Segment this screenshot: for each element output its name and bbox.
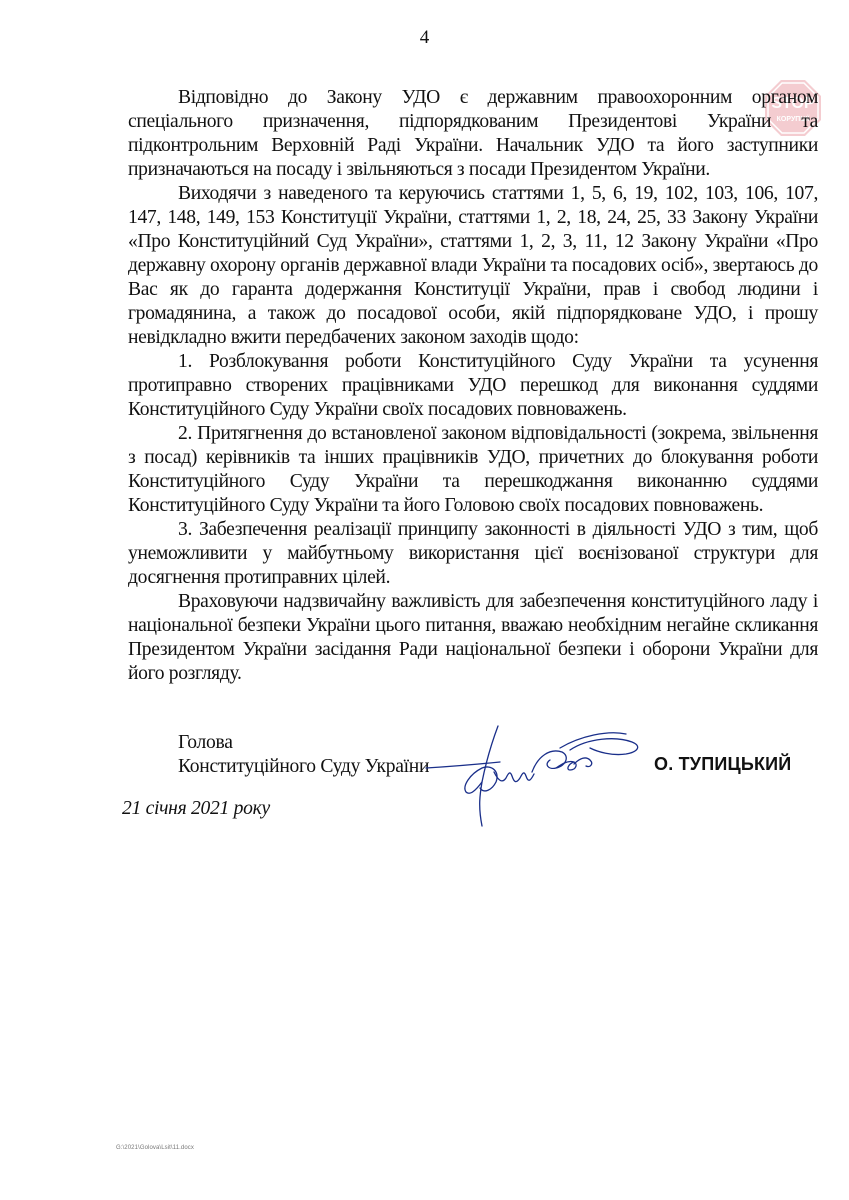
signatory-title: Голова Конституційного Суду України [178,731,429,779]
paragraph-request: Виходячи з наведеного та керуючись статт… [128,182,818,350]
request-item-2: 2. Притягнення до встановленої законом в… [128,422,818,518]
paragraph-conclusion: Враховуючи надзвичайну важливість для за… [128,590,818,686]
paragraph-udo-status: Відповідно до Закону УДО є державним пра… [128,86,818,182]
document-date: 21 січня 2021 року [122,797,270,821]
handwritten-signature-icon [420,722,660,832]
request-item-3: 3. Забезпечення реалізації принципу зако… [128,518,818,590]
signatory-name: О. ТУПИЦЬКИЙ [654,752,791,776]
signatory-title-line2: Конституційного Суду України [178,755,429,779]
letter-body: Відповідно до Закону УДО є державним пра… [128,86,818,686]
signatory-title-line1: Голова [178,731,429,755]
page-number: 4 [0,26,849,50]
request-item-1: 1. Розблокування роботи Конституційного … [128,350,818,422]
footer-file-path: G:\2021\Golova\Lsit\11.docx [116,1145,194,1151]
